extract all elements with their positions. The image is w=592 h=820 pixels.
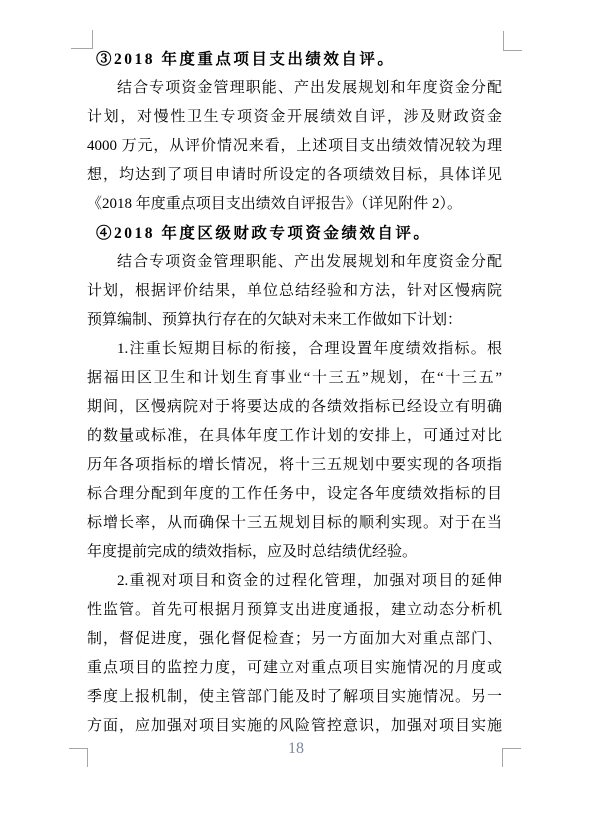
doc-line: 制，督促进度，强化督促检查；另一方面加大对重点部门、	[87, 625, 502, 654]
crop-mark-top-right-icon	[503, 31, 522, 51]
heading-line-section-3: ③2018 年度重点项目支出绩效自评。	[87, 45, 502, 74]
doc-line: 年度提前完成的绩效指标，应及时总结绩优经验。	[87, 538, 502, 567]
doc-line: 1.注重长短期目标的衔接，合理设置年度绩效指标。根	[87, 335, 502, 364]
doc-line: 2.重视对项目和资金的过程化管理，加强对项目的延伸	[87, 567, 502, 596]
doc-line: 结合专项资金管理职能、产出发展规划和年度资金分配	[87, 248, 502, 277]
doc-line: 计划，对慢性卫生专项资金开展绩效自评，涉及财政资金	[87, 103, 502, 132]
doc-line: 性监管。首先可根据月预算支出进度通报，建立动态分析机	[87, 596, 502, 625]
document-body: ③2018 年度重点项目支出绩效自评。 结合专项资金管理职能、产出发展规划和年度…	[87, 45, 502, 741]
doc-line: 期间，区慢病院对于将要达成的各绩效指标已经设立有明确	[87, 393, 502, 422]
doc-line: 标合理分配到年度的工作任务中，设定各年度绩效指标的目	[87, 480, 502, 509]
doc-line: 结合专项资金管理职能、产出发展规划和年度资金分配	[87, 74, 502, 103]
doc-line: 《2018 年度重点项目支出绩效自评报告》（详见附件 2）。	[87, 190, 502, 219]
document-page: ③2018 年度重点项目支出绩效自评。 结合专项资金管理职能、产出发展规划和年度…	[0, 0, 592, 820]
doc-line: 季度上报机制，使主管部门能及时了解项目实施情况。另一	[87, 683, 502, 712]
doc-line: 计划，根据评价结果，单位总结经验和方法，针对区慢病院	[87, 277, 502, 306]
doc-line: 历年各项指标的增长情况，将十三五规划中要实现的各项指	[87, 451, 502, 480]
doc-line: 方面，应加强对项目实施的风险管控意识，加强对项目实施	[87, 712, 502, 741]
doc-line: 重点项目的监控力度，可建立对重点项目实施情况的月度或	[87, 654, 502, 683]
doc-line: 据福田区卫生和计划生育事业“十三五”规划，在“十三五”	[87, 364, 502, 393]
page-number: 18	[0, 739, 592, 759]
heading-line-section-4: ④2018 年度区级财政专项资金绩效自评。	[87, 219, 502, 248]
doc-line: 标增长率，从而确保十三五规划目标的顺利实现。对于在当	[87, 509, 502, 538]
doc-line: 的数量或标准，在具体年度工作计划的安排上，可通过对比	[87, 422, 502, 451]
doc-line: 4000 万元，从评价情况来看，上述项目支出绩效情况较为理	[87, 132, 502, 161]
doc-line: 预算编制、预算执行存在的欠缺对未来工作做如下计划：	[87, 306, 502, 335]
doc-line: 想，均达到了项目申请时所设定的各项绩效目标，具体详见	[87, 161, 502, 190]
